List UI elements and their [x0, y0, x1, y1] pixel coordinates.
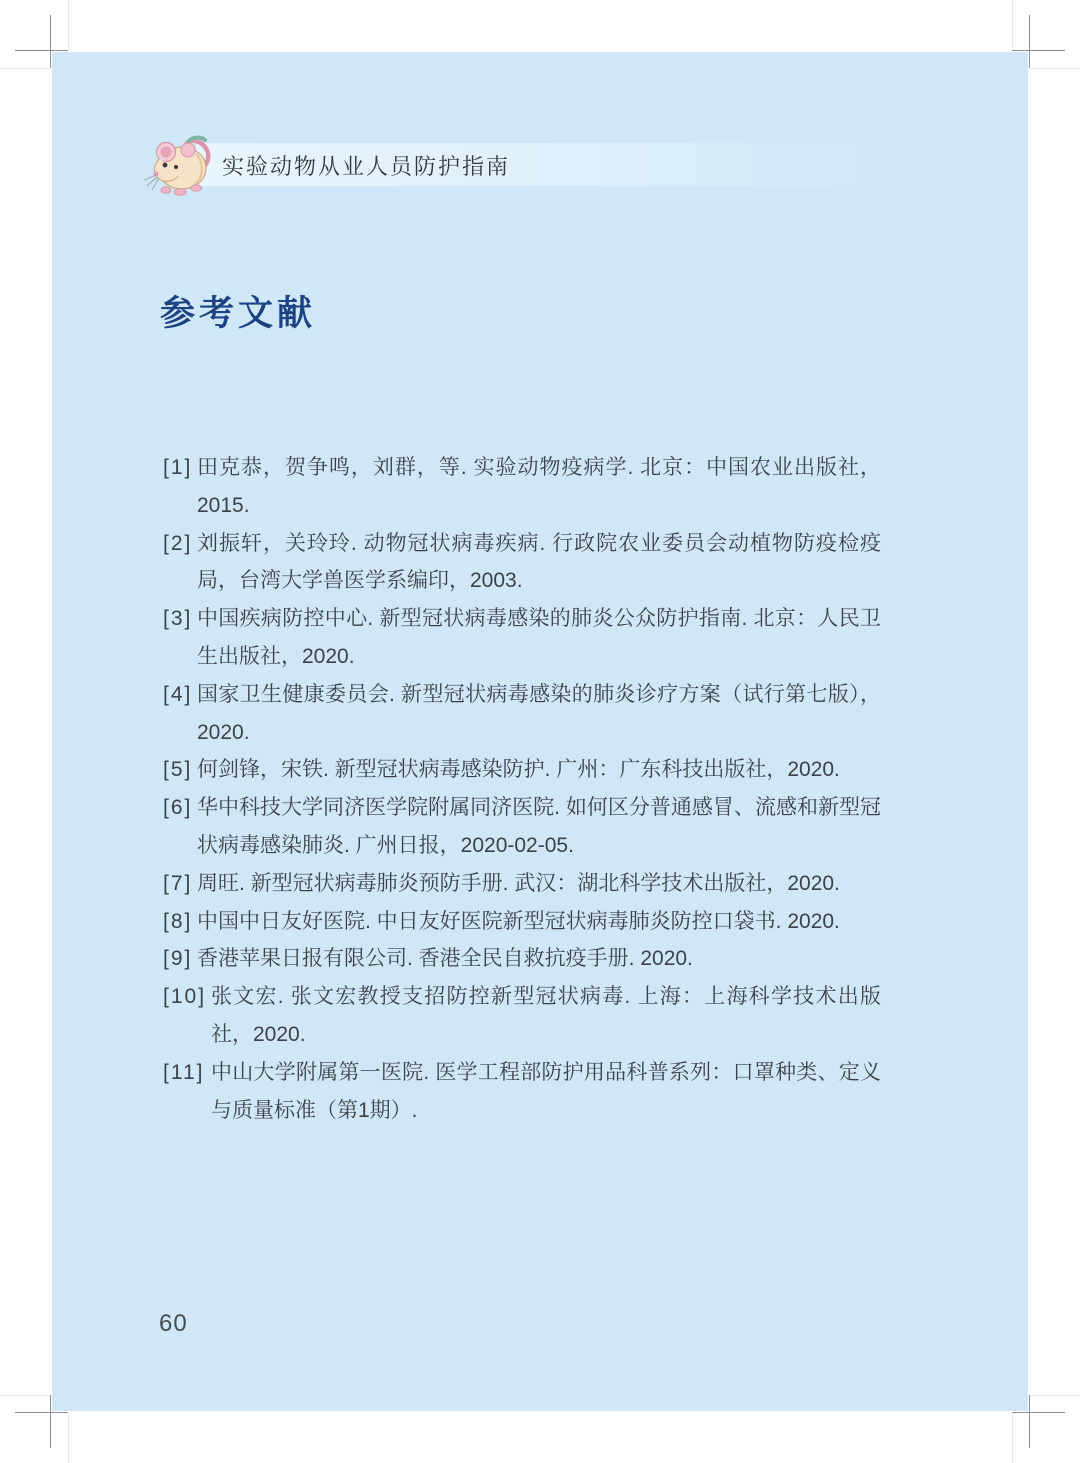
reference-item: [5] 何剑锋，宋铁. 新型冠状病毒感染防护. 广州：广东科技出版社，2020.	[163, 751, 881, 789]
reference-number: [8]	[163, 903, 192, 941]
reference-list: [1] 田克恭，贺争鸣，刘群，等. 实验动物疫病学. 北京：中国农业出版社，20…	[163, 449, 881, 1129]
reference-number: [1]	[163, 449, 192, 487]
reference-number: [10]	[163, 978, 206, 1016]
reference-item: [7] 周旺. 新型冠状病毒肺炎预防手册. 武汉：湖北科学技术出版社，2020.	[163, 865, 881, 903]
page-number: 60	[159, 1310, 188, 1338]
reference-item: [4] 国家卫生健康委员会. 新型冠状病毒感染的肺炎诊疗方案（试行第七版），20…	[163, 676, 881, 752]
reference-text: 香港苹果日报有限公司. 香港全民自救抗疫手册. 2020.	[197, 947, 693, 970]
reference-number: [7]	[163, 865, 192, 903]
reference-item: [2] 刘振轩，关玲玲. 动物冠状病毒疾病. 行政院农业委员会动植物防疫检疫局，…	[163, 525, 881, 601]
reference-text: 中国中日友好医院. 中日友好医院新型冠状病毒肺炎防控口袋书. 2020.	[197, 910, 840, 933]
reference-text: 田克恭，贺争鸣，刘群，等. 实验动物疫病学. 北京：中国农业出版社，2015.	[197, 456, 881, 517]
reference-text: 国家卫生健康委员会. 新型冠状病毒感染的肺炎诊疗方案（试行第七版），2020.	[197, 683, 881, 744]
reference-text: 华中科技大学同济医学院附属同济医院. 如何区分普通感冒、流感和新型冠状病毒感染肺…	[197, 796, 881, 857]
reference-text: 张文宏. 张文宏教授支招防控新型冠状病毒. 上海：上海科学技术出版社，2020.	[211, 985, 881, 1046]
reference-item: [6] 华中科技大学同济医学院附属同济医院. 如何区分普通感冒、流感和新型冠状病…	[163, 789, 881, 865]
reference-text: 中山大学附属第一医院. 医学工程部防护用品科普系列：口罩种类、定义与质量标准（第…	[211, 1061, 881, 1122]
reference-item: [9] 香港苹果日报有限公司. 香港全民自救抗疫手册. 2020.	[163, 940, 881, 978]
reference-text: 周旺. 新型冠状病毒肺炎预防手册. 武汉：湖北科学技术出版社，2020.	[197, 872, 840, 895]
reference-number: [11]	[163, 1054, 204, 1092]
reference-text: 中国疾病防控中心. 新型冠状病毒感染的肺炎公众防护指南. 北京：人民卫生出版社，…	[197, 607, 881, 668]
document-page: 实验动物从业人员防护指南 参考文献 [1] 田克恭，贺争鸣，刘群，等. 实验动物…	[0, 0, 1080, 1463]
reference-item: [10] 张文宏. 张文宏教授支招防控新型冠状病毒. 上海：上海科学技术出版社，…	[163, 978, 881, 1054]
mouse-icon	[144, 128, 218, 204]
section-title: 参考文献	[160, 286, 316, 336]
reference-number: [2]	[163, 525, 192, 563]
reference-item: [1] 田克恭，贺争鸣，刘群，等. 实验动物疫病学. 北京：中国农业出版社，20…	[163, 449, 881, 525]
reference-item: [8] 中国中日友好医院. 中日友好医院新型冠状病毒肺炎防控口袋书. 2020.	[163, 903, 881, 941]
reference-number: [5]	[163, 751, 192, 789]
reference-number: [3]	[163, 600, 192, 638]
reference-number: [4]	[163, 676, 192, 714]
reference-number: [9]	[163, 940, 192, 978]
reference-item: [11] 中山大学附属第一医院. 医学工程部防护用品科普系列：口罩种类、定义与质…	[163, 1054, 881, 1130]
reference-item: [3] 中国疾病防控中心. 新型冠状病毒感染的肺炎公众防护指南. 北京：人民卫生…	[163, 600, 881, 676]
reference-number: [6]	[163, 789, 192, 827]
reference-text: 何剑锋，宋铁. 新型冠状病毒感染防护. 广州：广东科技出版社，2020.	[197, 758, 840, 781]
reference-text: 刘振轩，关玲玲. 动物冠状病毒疾病. 行政院农业委员会动植物防疫检疫局，台湾大学…	[197, 532, 881, 593]
header-title: 实验动物从业人员防护指南	[222, 150, 510, 181]
